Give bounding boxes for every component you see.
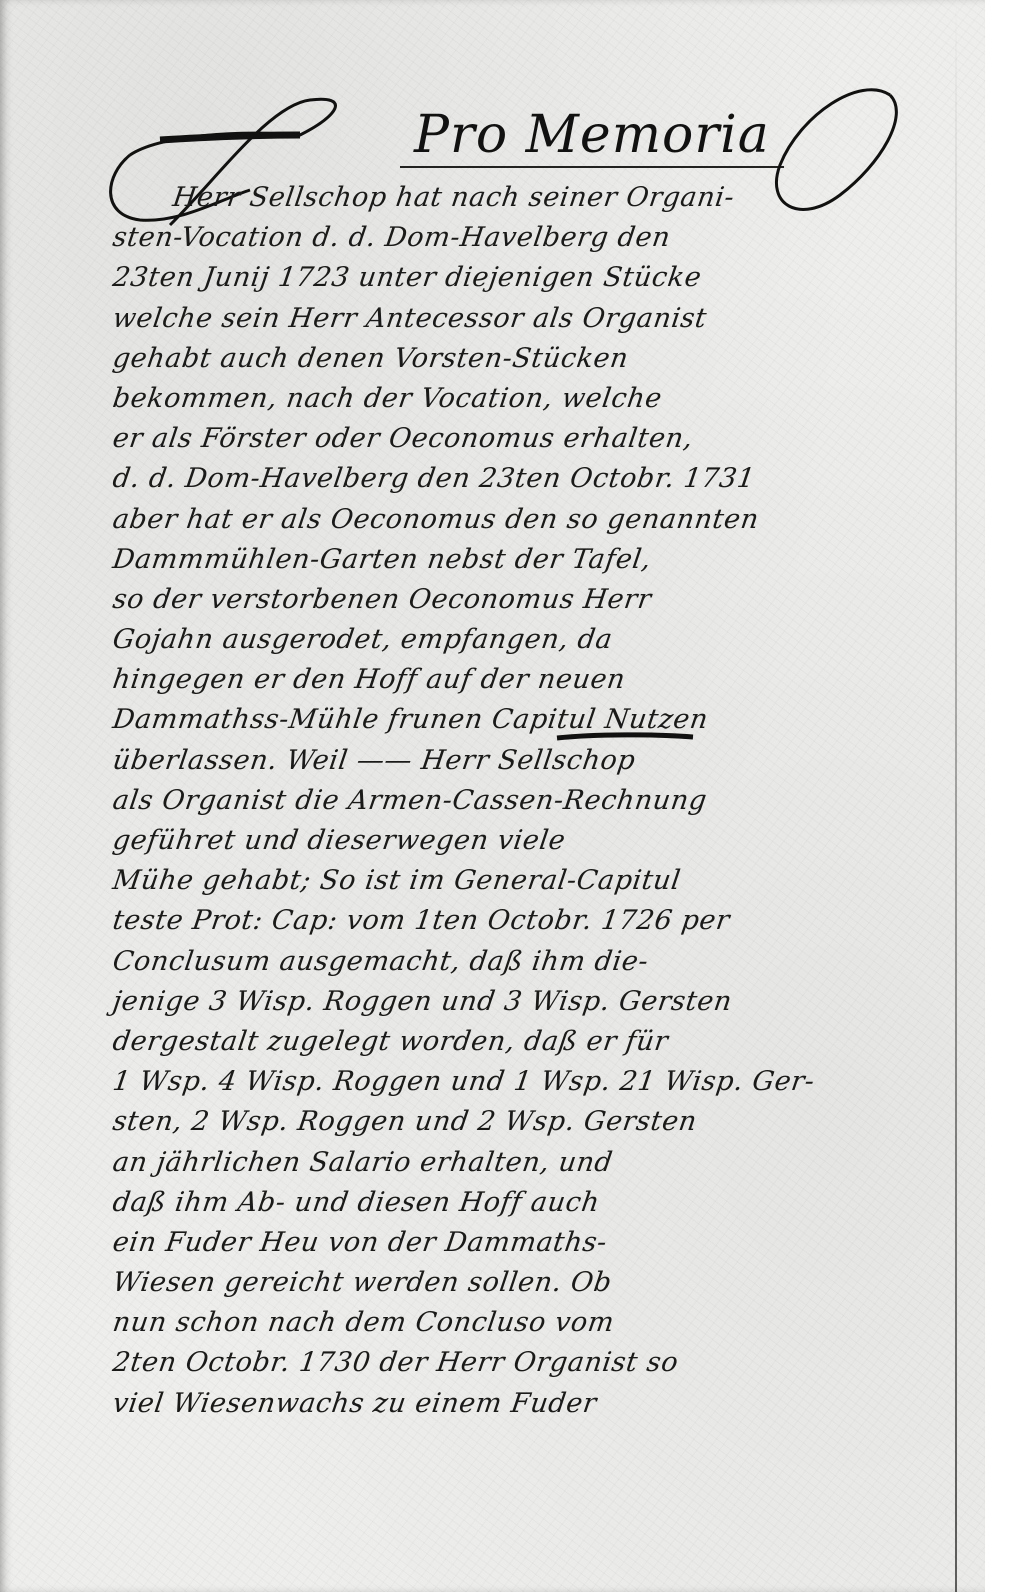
text-line: d. d. Dom-Havelberg den 23ten Octobr. 17… bbox=[110, 459, 966, 499]
text-line: geführet und dieserwegen viele bbox=[110, 821, 966, 861]
text-line: Dammathss-Mühle frunen Capitul Nutzen bbox=[110, 700, 966, 740]
text-line: jenige 3 Wisp. Roggen und 3 Wisp. Gerste… bbox=[110, 982, 966, 1022]
text-line: 2ten Octobr. 1730 der Herr Organist so bbox=[110, 1343, 966, 1383]
text-line: Conclusum ausgemacht, daß ihm die- bbox=[110, 942, 966, 982]
manuscript-body: Herr Sellschop hat nach seiner Organi- s… bbox=[110, 178, 960, 1424]
text-line: sten, 2 Wsp. Roggen und 2 Wsp. Gersten bbox=[110, 1102, 966, 1142]
text-line: Wiesen gereicht werden sollen. Ob bbox=[110, 1263, 966, 1303]
page-title: Pro Memoria bbox=[400, 107, 784, 168]
text-line: 23ten Junij 1723 unter diejenigen Stücke bbox=[110, 258, 966, 298]
text-line: gehabt auch denen Vorsten-Stücken bbox=[110, 339, 966, 379]
text-line: Dammmühlen-Garten nebst der Tafel, bbox=[110, 540, 966, 580]
text-line: Mühe gehabt; So ist im General-Capitul bbox=[110, 861, 966, 901]
text-line: Gojahn ausgerodet, empfangen, da bbox=[110, 620, 966, 660]
text-line: als Organist die Armen-Cassen-Rechnung bbox=[110, 781, 966, 821]
text-line: dergestalt zugelegt worden, daß er für bbox=[110, 1022, 966, 1062]
text-line: aber hat er als Oeconomus den so genannt… bbox=[110, 500, 966, 540]
text-line: Herr Sellschop hat nach seiner Organi- bbox=[110, 178, 966, 218]
text-line: hingegen er den Hoff auf der neuen bbox=[110, 660, 966, 700]
text-line: nun schon nach dem Concluso vom bbox=[110, 1303, 966, 1343]
text-line: an jährlichen Salario erhalten, und bbox=[110, 1143, 966, 1183]
text-line: er als Förster oder Oeconomus erhalten, bbox=[110, 419, 966, 459]
text-line: 1 Wsp. 4 Wisp. Roggen und 1 Wsp. 21 Wisp… bbox=[110, 1062, 966, 1102]
manuscript-page: Pro Memoria Herr Sellschop hat nach sein… bbox=[0, 0, 985, 1592]
text-line: ein Fuder Heu von der Dammaths- bbox=[110, 1223, 966, 1263]
text-line: sten-Vocation d. d. Dom-Havelberg den bbox=[110, 218, 966, 258]
text-line: überlassen. Weil —— Herr Sellschop bbox=[110, 741, 966, 781]
text-line: viel Wiesenwachs zu einem Fuder bbox=[110, 1384, 966, 1424]
text-line: so der verstorbenen Oeconomus Herr bbox=[110, 580, 966, 620]
text-line: bekommen, nach der Vocation, welche bbox=[110, 379, 966, 419]
text-line: daß ihm Ab- und diesen Hoff auch bbox=[110, 1183, 966, 1223]
text-line: teste Prot: Cap: vom 1ten Octobr. 1726 p… bbox=[110, 901, 966, 941]
text-line: welche sein Herr Antecessor als Organist bbox=[110, 299, 966, 339]
